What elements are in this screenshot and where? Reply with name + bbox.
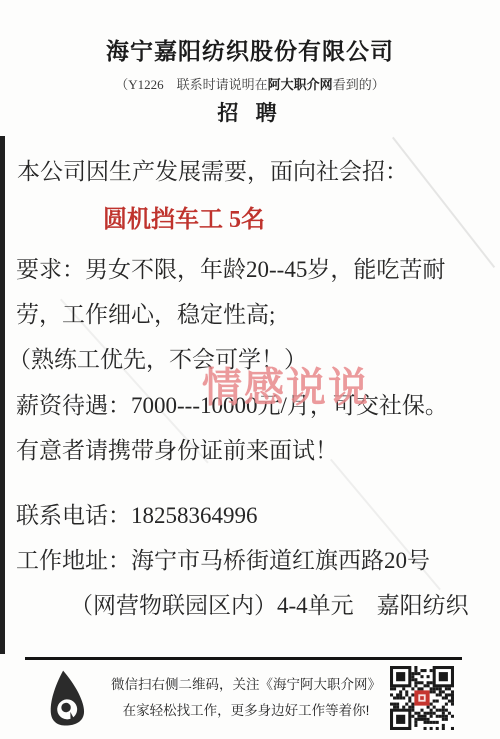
job-poster: 海宁嘉阳纺织股份有限公司 （Y1226 联系时请说明在阿大职介网看到的） 招 聘… xyxy=(0,0,500,739)
listing-note-post: 看到的） xyxy=(333,77,385,92)
requirement-line-2: 劳，工作细心，稳定性高; xyxy=(16,296,275,329)
footer-line-2: 在家轻松找工作，更多身边好工作等着你! xyxy=(100,698,392,724)
address-line-2: （网营物联园区内）4-4单元 嘉阳纺织 xyxy=(70,587,469,620)
listing-note: （Y1226 联系时请说明在阿大职介网看到的） xyxy=(0,74,500,93)
footer-text: 微信扫右侧二维码，关注《海宁阿大职介网》 在家轻松找工作，更多身边好工作等着你! xyxy=(100,672,392,724)
requirement-line-1: 要求：男女不限，年龄20--45岁，能吃苦耐 xyxy=(16,251,445,284)
listing-note-pre: （Y1226 联系时请说明在 xyxy=(115,77,267,92)
ada-a-logo-icon xyxy=(47,669,85,727)
phone-line: 联系电话：18258364996 xyxy=(16,497,258,530)
company-name: 海宁嘉阳纺织股份有限公司 xyxy=(0,33,500,66)
address-line-1: 工作地址：海宁市马桥街道红旗西路20号 xyxy=(16,542,430,575)
wechat-qr-code-icon xyxy=(390,666,454,730)
interview-line: 有意者请携带身份证前来面试！ xyxy=(16,432,338,465)
listing-note-site: 阿大职介网 xyxy=(268,77,333,92)
intro-line: 本公司因生产发展需要，面向社会招： xyxy=(17,153,408,186)
job-position-line: 圆机挡车工 5名 xyxy=(103,199,265,234)
footer-divider xyxy=(25,657,462,660)
recruit-heading: 招 聘 xyxy=(0,97,500,127)
site-watermark: 情感说说 xyxy=(202,355,370,413)
left-edge-shadow xyxy=(0,136,5,654)
footer-line-1: 微信扫右侧二维码，关注《海宁阿大职介网》 xyxy=(100,672,392,698)
